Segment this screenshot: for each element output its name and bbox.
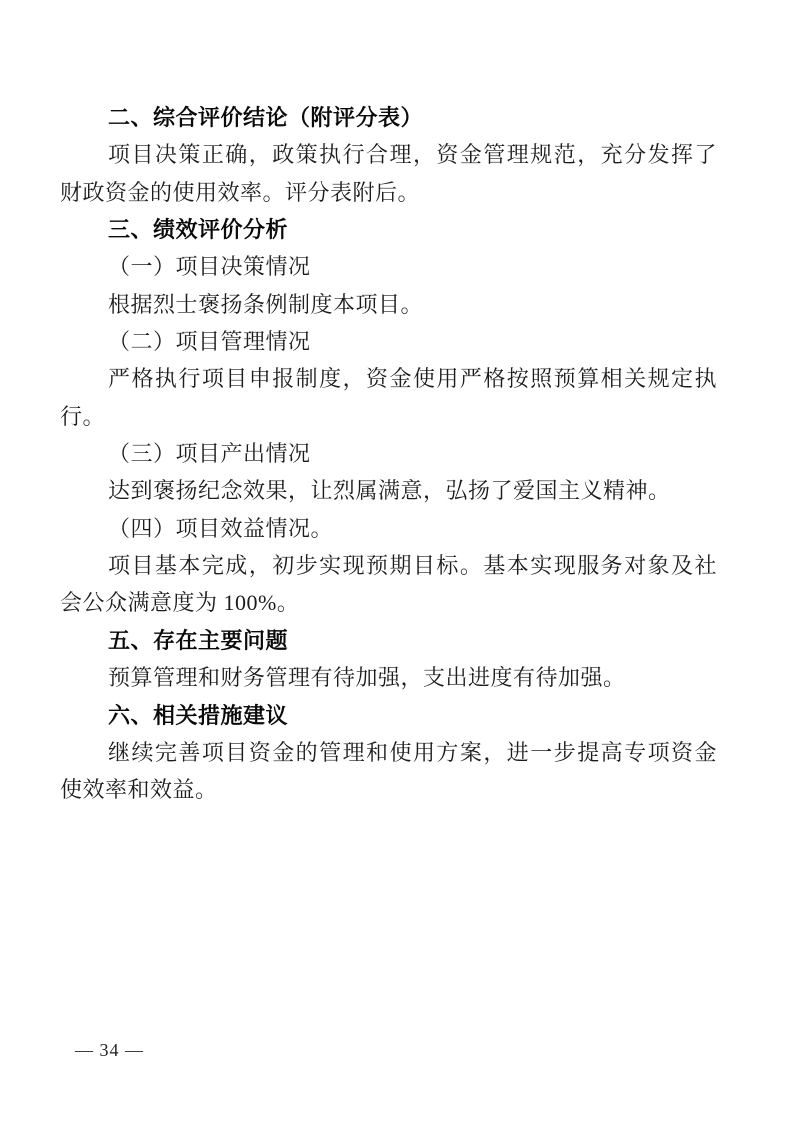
subheading-project-management: （二）项目管理情况: [60, 323, 717, 360]
subheading-project-decision: （一）项目决策情况: [60, 248, 717, 285]
paragraph-line: 严格执行项目申报制度，资金使用严格按照预算相关规定执: [60, 360, 717, 397]
page-number: — 34 —: [75, 1040, 144, 1061]
paragraph-line: 根据烈士褒扬条例制度本项目。: [60, 286, 717, 323]
subheading-project-output: （三）项目产出情况: [60, 435, 717, 472]
subheading-project-benefit: （四）项目效益情况。: [60, 510, 717, 547]
paragraph-line: 行。: [60, 398, 717, 435]
heading-main-problems: 五、存在主要问题: [60, 622, 717, 659]
paragraph-line: 达到褒扬纪念效果，让烈属满意，弘扬了爱国主义精神。: [60, 472, 717, 509]
paragraph-line: 项目基本完成，初步实现预期目标。基本实现服务对象及社: [60, 547, 717, 584]
heading-suggestions: 六、相关措施建议: [60, 697, 717, 734]
document-body: 二、综合评价结论（附评分表） 项目决策正确，政策执行合理，资金管理规范，充分发挥…: [60, 99, 717, 809]
paragraph-line: 项目决策正确，政策执行合理，资金管理规范，充分发挥了: [60, 136, 717, 173]
document-page: 二、综合评价结论（附评分表） 项目决策正确，政策执行合理，资金管理规范，充分发挥…: [0, 0, 793, 1122]
paragraph-line: 使效率和效益。: [60, 771, 717, 808]
paragraph-line: 预算管理和财务管理有待加强，支出进度有待加强。: [60, 659, 717, 696]
paragraph-line: 财政资金的使用效率。评分表附后。: [60, 174, 717, 211]
paragraph-line: 继续完善项目资金的管理和使用方案，进一步提高专项资金: [60, 734, 717, 771]
heading-performance-analysis: 三、绩效评价分析: [60, 211, 717, 248]
heading-overall-evaluation: 二、综合评价结论（附评分表）: [60, 99, 717, 136]
paragraph-line: 会公众满意度为 100%。: [60, 584, 717, 621]
